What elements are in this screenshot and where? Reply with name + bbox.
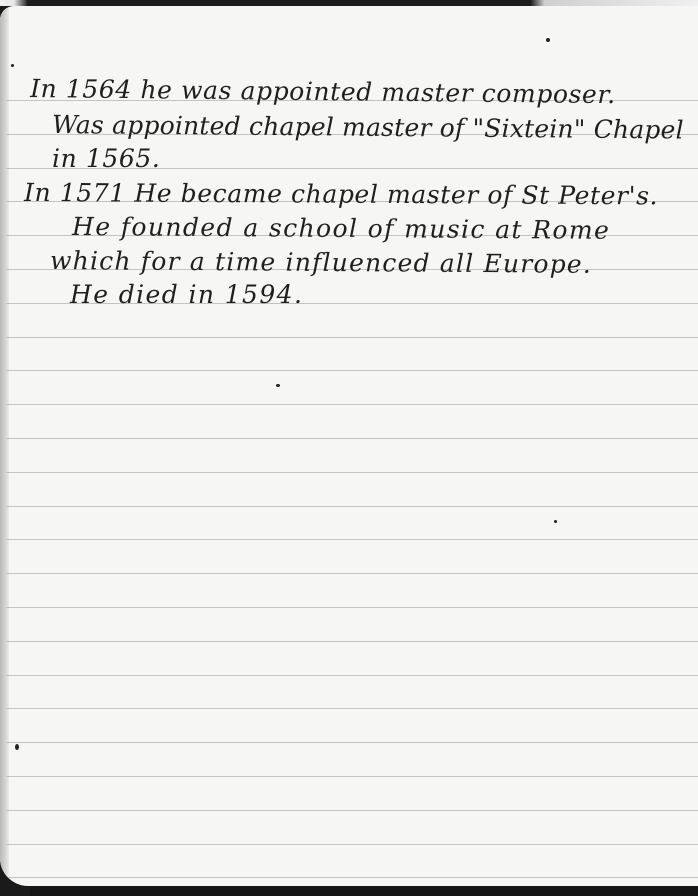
handwritten-line-3: in 1565. [52, 144, 160, 173]
ruled-line [6, 337, 698, 338]
ruled-line [6, 573, 698, 574]
handwritten-line-6: which for a time influenced all Europe. [50, 246, 592, 279]
handwritten-line-4: In 1571 He became chapel master of St Pe… [24, 178, 658, 210]
ruled-line [6, 438, 698, 439]
notebook-page: In 1564 he was appointed master composer… [0, 6, 698, 886]
ruled-line [6, 641, 698, 642]
ruled-line [6, 877, 698, 878]
ink-speck [554, 520, 557, 523]
ink-speck [276, 384, 280, 387]
ink-speck [546, 38, 550, 42]
handwritten-line-2: Was appointed chapel master of "Sixtein"… [52, 110, 684, 145]
ruled-line [6, 370, 698, 371]
ruled-line [6, 708, 698, 709]
ruled-line [6, 675, 698, 676]
handwritten-line-5: He founded a school of music at Rome [72, 212, 610, 245]
handwritten-line-7: He died in 1594. [70, 280, 303, 309]
notebook-bottom-edge [30, 886, 698, 896]
ruled-line [6, 776, 698, 777]
ruled-line [6, 404, 698, 405]
ink-speck [11, 64, 14, 67]
ruled-line [6, 506, 698, 507]
ink-speck [15, 744, 19, 750]
ruled-line [6, 472, 698, 473]
ruled-line [6, 742, 698, 743]
ruled-line [6, 607, 698, 608]
page-binding-edge [0, 6, 9, 886]
ruled-line [6, 810, 698, 811]
handwritten-line-1: In 1564 he was appointed master composer… [30, 74, 616, 109]
ruled-line [6, 539, 698, 540]
ruled-line [6, 844, 698, 845]
